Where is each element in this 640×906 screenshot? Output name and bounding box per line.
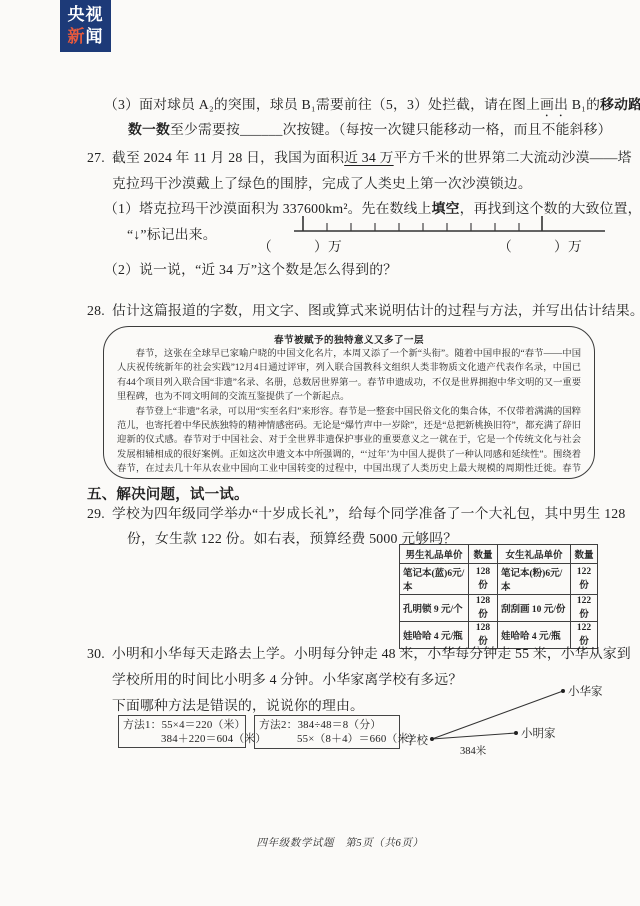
q26-3-line2-mid: 至少需要按	[170, 122, 240, 137]
answer-blank: ______	[240, 122, 283, 137]
table-cell: 笔记本(粉)6元/本	[498, 564, 571, 595]
q27-line1-post: 平方千米的世界第二大流动沙漠——塔	[394, 150, 632, 165]
q26-3-line1-mid: B₁的	[568, 97, 600, 112]
q26-3-line1: （3）面对球员 A₂的突围，球员 B₁需要前往（5，3）处拦截，请在图上画出 B…	[104, 96, 640, 120]
method-1-line2: 384＋220＝604（米）	[123, 732, 241, 746]
q26-3-line2-end: 次按键。（每按一次键只能移动一格，而且不能斜移）	[283, 122, 612, 137]
q27-1-line2: “↓”标记出来。	[127, 226, 217, 244]
distance-label: 384米	[460, 744, 487, 757]
q29-number: 29.	[87, 505, 105, 523]
xiaohua-home-label: 小华家	[568, 684, 603, 698]
q26-3-route-bold: 移动路线	[600, 97, 640, 112]
q30-number: 30.	[87, 645, 105, 663]
table-cell: 122 份	[571, 595, 598, 622]
exam-paper-page: 央视 新闻 （3）面对球员 A₂的突围，球员 B₁需要前往（5，3）处拦截，请在…	[0, 0, 640, 906]
gift-price-table: 男生礼品单价 数量 女生礼品单价 数量 笔记本(蓝)6元/本 128 份 笔记本…	[399, 544, 598, 649]
q28-number: 28.	[87, 302, 105, 320]
table-header-cell: 数量	[571, 545, 598, 564]
q30-line3: 下面哪种方法是错误的，说说你的理由。	[112, 697, 364, 715]
method-1-box: 方法1：55×4＝220（米） 384＋220＝604（米）	[118, 715, 246, 748]
table-row: 孔明锁 9 元/个 128 份 刮刮画 10 元/份 122 份	[400, 595, 598, 622]
article-title: 春节被赋予的独特意义又多了一层	[117, 332, 581, 346]
table-cell: 孔明锁 9 元/个	[400, 595, 469, 622]
method-1-line1: 方法1：55×4＝220（米）	[123, 718, 241, 732]
table-cell: 128 份	[469, 564, 498, 595]
logo-char-wen: 闻	[86, 27, 104, 46]
article-box: 春节被赋予的独特意义又多了一层 春节，这张在全球早已家喻户晓的中国文化名片，本周…	[103, 326, 595, 479]
table-header-cell: 数量	[469, 545, 498, 564]
method-2-line1: 方法2：384÷48＝8（分）	[259, 718, 395, 732]
q26-3-line2: 数一数至少需要按______次按键。（每按一次键只能移动一格，而且不能斜移）	[128, 121, 612, 139]
numline-label-left: （ ）万	[258, 238, 342, 256]
q27-line1-pre: 截至 2024 年 11 月 28 日，我国为面积	[112, 150, 344, 165]
q26-3-draw-emphasis: 画出	[540, 97, 568, 112]
method-2-box: 方法2：384÷48＝8（分） 55×（8＋4）＝660（米）	[254, 715, 400, 749]
logo-char-xin: 新	[68, 27, 86, 46]
table-cell: 刮刮画 10 元/份	[498, 595, 571, 622]
article-paragraph-2: 春节登上“非遗”名录，可以用“实至名归”来形容。春节是一整套中国民俗文化的集合体…	[117, 405, 581, 479]
article-paragraph-1: 春节，这张在全球早已家喻户晓的中国文化名片，本周又添了一个新“头衔”。随着中国申…	[117, 347, 581, 405]
table-cell: 122 份	[571, 564, 598, 595]
xiaohua-home-dot	[561, 689, 565, 693]
q28-text: 估计这篇报道的字数，用文字、图或算式来说明估计的过程与方法，并写出估计结果。	[112, 302, 640, 320]
q27-2-line: （2）说一说，“近 34 万”这个数是怎么得到的？	[104, 261, 397, 279]
number-line	[278, 213, 608, 237]
xiaoming-home-label: 小明家	[521, 726, 556, 740]
table-row: 笔记本(蓝)6元/本 128 份 笔记本(粉)6元/本 122 份	[400, 564, 598, 595]
q27-number: 27.	[87, 149, 105, 167]
q29-line1: 学校为四年级同学举办“十岁成长礼”，给每个同学准备了一个大礼包，其中男生 128	[112, 505, 625, 523]
logo-line1: 央视	[60, 4, 111, 26]
footer-page-info: 四年级数学试题 第5页（共6页）	[20, 835, 640, 850]
cctv-news-logo: 央视 新闻	[60, 0, 111, 52]
q26-3-count-bold: 数一数	[128, 122, 170, 137]
table-cell: 128 份	[469, 595, 498, 622]
method-2-line2: 55×（8＋4）＝660（米）	[259, 732, 395, 746]
table-header-cell: 女生礼品单价	[498, 545, 571, 564]
logo-line2: 新闻	[60, 26, 111, 48]
xiaoming-home-dot	[514, 731, 518, 735]
q26-3-line1-pre: （3）面对球员 A₂的突围，球员 B₁需要前往（5，3）处拦截，请在图上	[104, 97, 540, 112]
table-cell: 笔记本(蓝)6元/本	[400, 564, 469, 595]
q27-line2: 克拉玛干沙漠戴上了绿色的围脖，完成了人类史上第一次沙漠锁边。	[112, 175, 532, 193]
q27-line1: 截至 2024 年 11 月 28 日，我国为面积近 34 万平方千米的世界第二…	[112, 149, 632, 167]
q30-line1: 小明和小华每天走路去上学。小明每分钟走 48 米，小华每分钟走 55 米，小华从…	[112, 645, 631, 663]
route-diagram: 学校 小华家 小明家 384米	[398, 670, 628, 762]
q27-underlined-value: 近 34 万	[344, 150, 394, 165]
school-dot	[430, 737, 434, 741]
table-header-cell: 男生礼品单价	[400, 545, 469, 564]
school-label: 学校	[405, 733, 428, 747]
section-5-heading: 五、解决问题，试一试。	[87, 486, 249, 504]
numline-label-right: （ ）万	[498, 238, 582, 256]
table-header-row: 男生礼品单价 数量 女生礼品单价 数量	[400, 545, 598, 564]
